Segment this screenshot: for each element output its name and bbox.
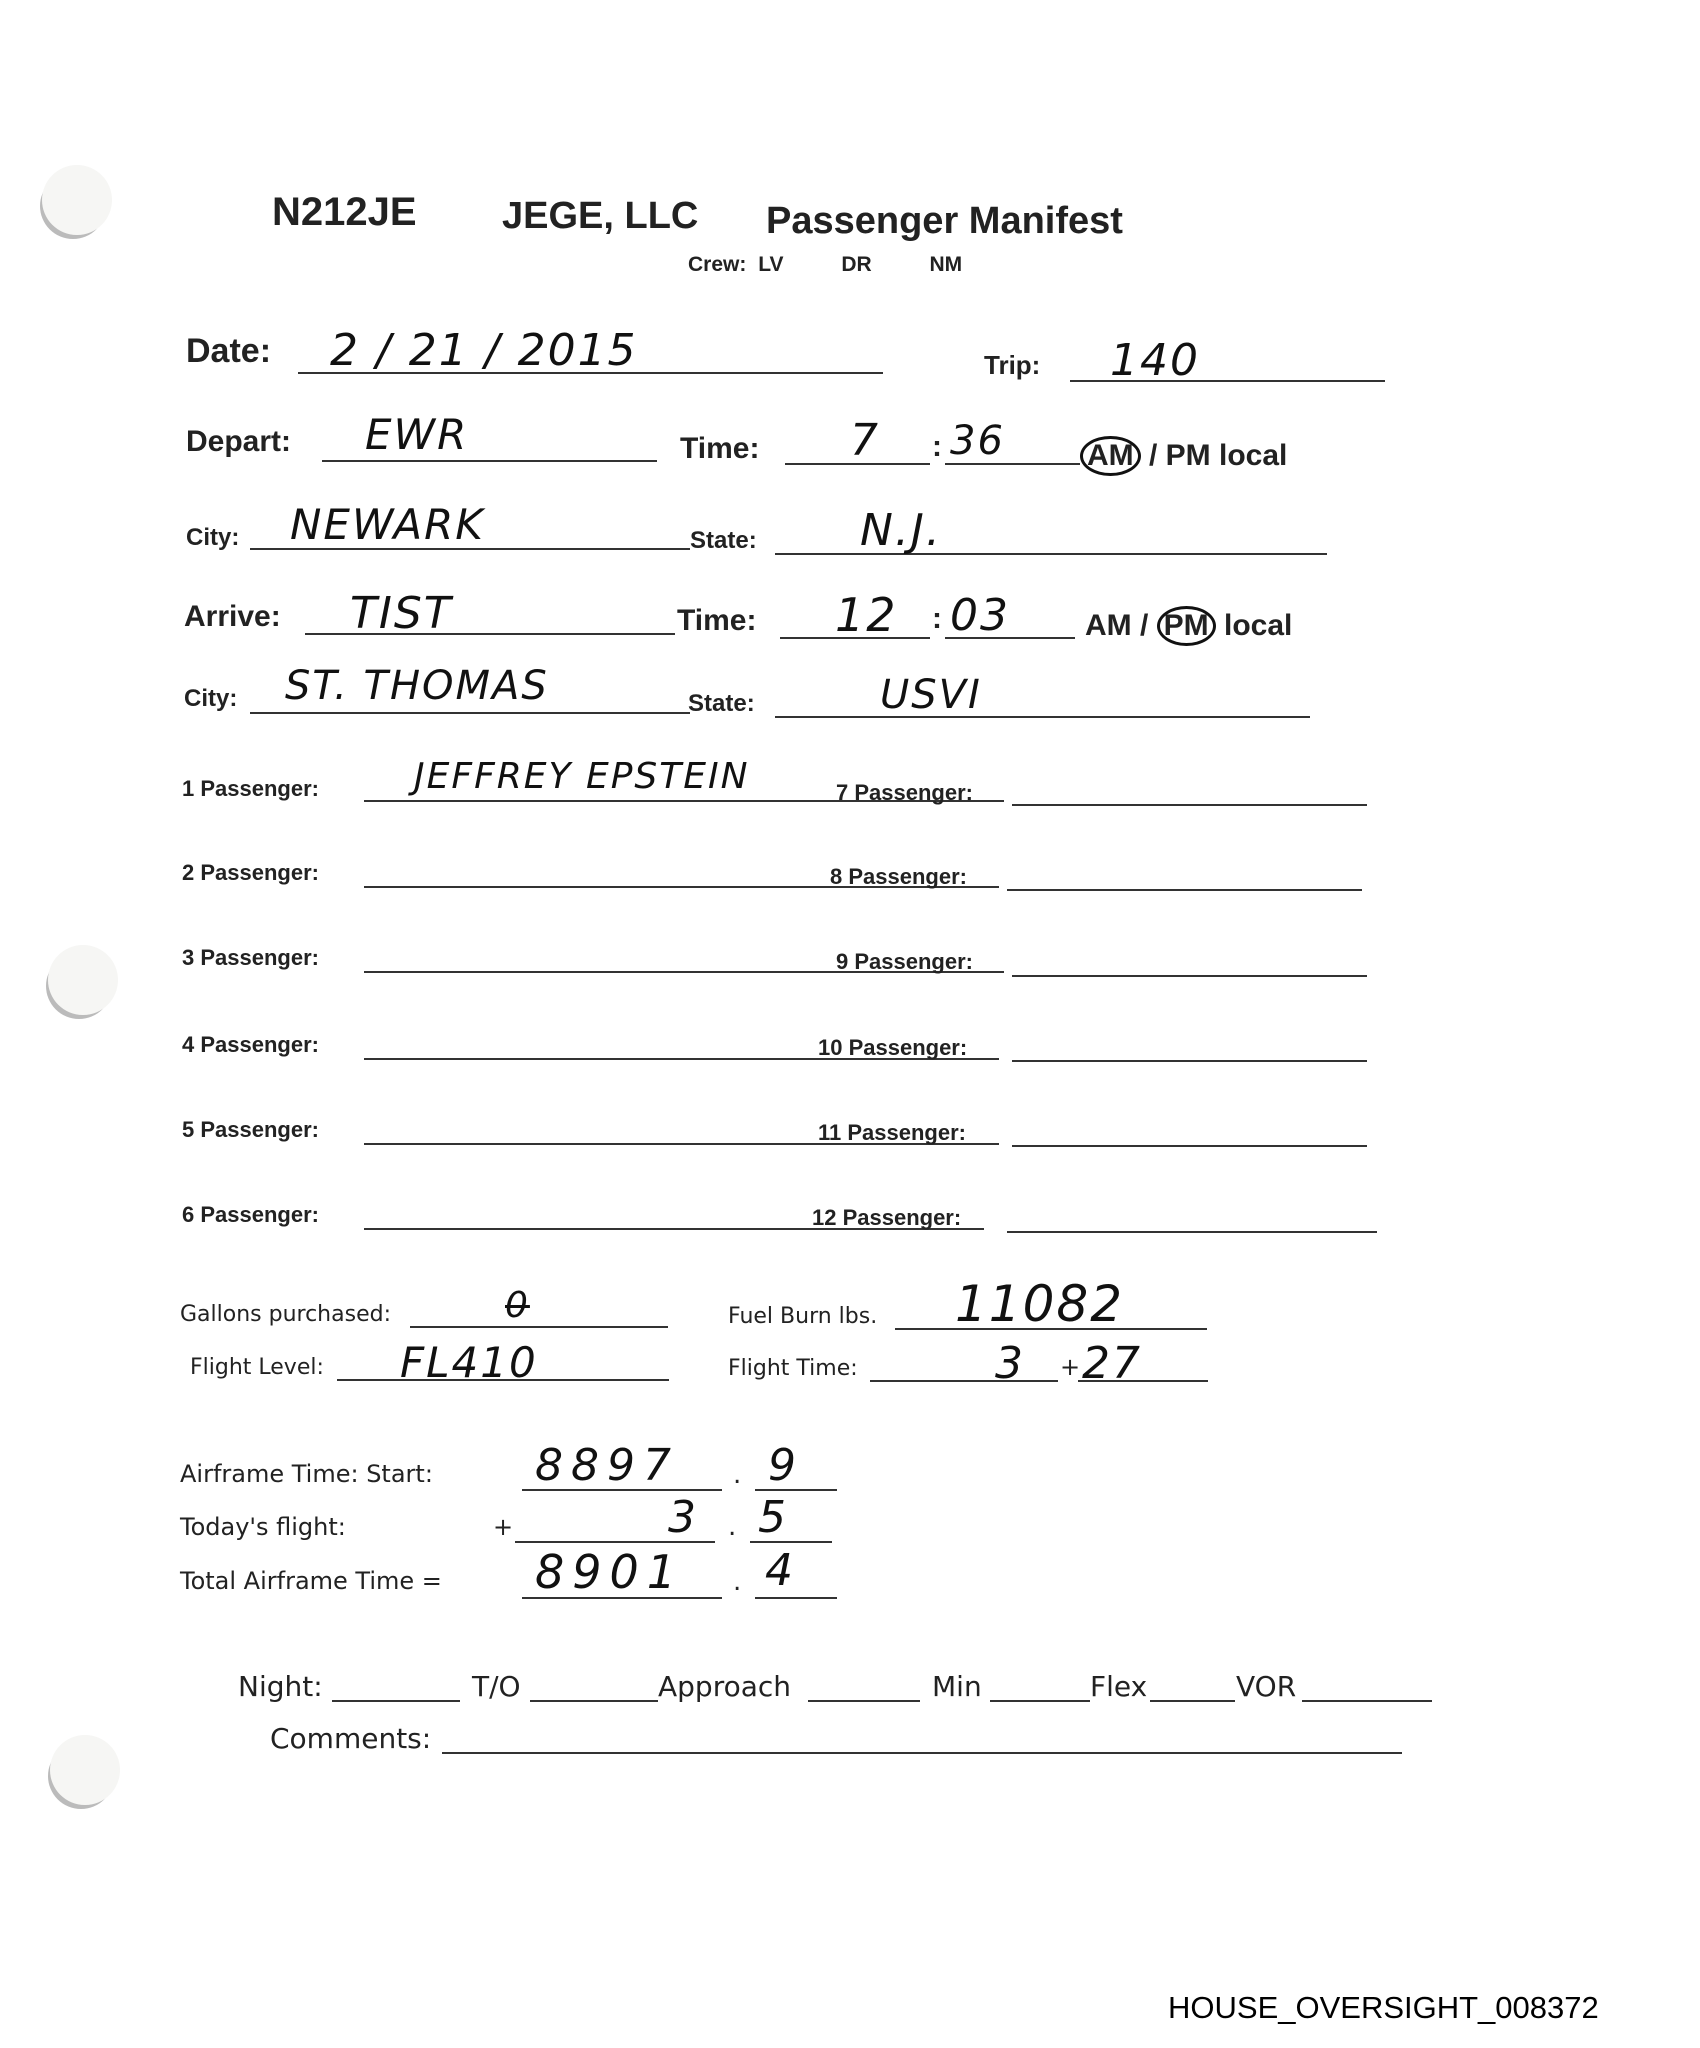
company-name: JEGE, LLC xyxy=(502,195,698,238)
depart-value[interactable]: EWR xyxy=(365,410,468,459)
passenger-label: 4 Passenger: xyxy=(182,1032,319,1058)
depart-time-label: Time: xyxy=(680,432,759,466)
flight-time-minutes[interactable]: 27 xyxy=(1082,1338,1142,1389)
date-value[interactable]: 2 / 21 / 2015 xyxy=(330,325,638,376)
depart-time-hour[interactable]: 7 xyxy=(850,415,880,466)
passenger-label: 5 Passenger: xyxy=(182,1117,319,1143)
arrive-city-label: City: xyxy=(184,685,237,713)
min-label: Min xyxy=(932,1670,982,1703)
flight-level-label: Flight Level: xyxy=(190,1355,324,1380)
passenger-label: 12 Passenger: xyxy=(812,1205,961,1231)
depart-label: Depart: xyxy=(186,425,291,459)
passenger-12-field[interactable] xyxy=(1007,1231,1377,1233)
local-text: local xyxy=(1224,609,1292,642)
pm-selected[interactable]: PM xyxy=(1157,606,1216,646)
passenger-label: 3 Passenger: xyxy=(182,945,319,971)
depart-state-value[interactable]: N.J. xyxy=(860,505,942,556)
arrive-city-value[interactable]: ST. THOMAS xyxy=(285,663,549,709)
bates-stamp: HOUSE_OVERSIGHT_008372 xyxy=(1168,1990,1599,2026)
night-field[interactable] xyxy=(332,1700,460,1702)
date-label: Date: xyxy=(186,332,271,371)
total-airframe-tenth[interactable]: 4 xyxy=(765,1545,795,1596)
flight-level-value[interactable]: FL410 xyxy=(400,1338,538,1387)
flex-field[interactable] xyxy=(1150,1700,1235,1702)
passenger-label: 10 Passenger: xyxy=(818,1035,967,1061)
am-selected[interactable]: AM xyxy=(1080,436,1141,476)
total-airframe-whole[interactable]: 8901 xyxy=(535,1545,684,1599)
flight-time-label: Flight Time: xyxy=(728,1356,858,1381)
hole-punch-bottom xyxy=(50,1735,120,1805)
passenger-7-field[interactable] xyxy=(1012,804,1367,806)
depart-ampm: AM / PM local xyxy=(1080,436,1287,476)
arrive-state-label: State: xyxy=(688,690,755,718)
todays-flight-whole[interactable]: 3 xyxy=(668,1492,698,1543)
passenger-label: 9 Passenger: xyxy=(836,949,973,975)
to-field[interactable] xyxy=(530,1700,658,1702)
trip-label: Trip: xyxy=(984,350,1040,381)
arrive-time-hour[interactable]: 12 xyxy=(835,588,898,642)
arrive-state-value[interactable]: USVI xyxy=(880,672,982,718)
pm-local-text: / PM local xyxy=(1149,439,1287,472)
airframe-start-whole[interactable]: 8897 xyxy=(535,1440,679,1491)
page-title: Passenger Manifest xyxy=(766,200,1123,243)
passenger-label: 7 Passenger: xyxy=(836,780,973,806)
hole-punch-middle xyxy=(48,945,118,1015)
depart-time-minutes[interactable]: 36 xyxy=(950,418,1005,464)
time-colon: : xyxy=(932,602,942,636)
crew-label: Crew: xyxy=(688,253,746,276)
passenger-label: 6 Passenger: xyxy=(182,1202,319,1228)
crew-member: NM xyxy=(930,253,963,276)
passenger-label: 11 Passenger: xyxy=(818,1120,966,1146)
time-colon: : xyxy=(932,430,942,464)
to-label: T/O xyxy=(472,1670,521,1703)
trip-value[interactable]: 140 xyxy=(1110,335,1200,386)
decimal-dot: . xyxy=(733,1567,741,1597)
fuel-burn-value[interactable]: 11082 xyxy=(955,1275,1124,1333)
flex-label: Flex xyxy=(1090,1670,1147,1703)
night-label: Night: xyxy=(238,1670,323,1703)
airframe-start-label: Airframe Time: Start: xyxy=(180,1460,433,1488)
decimal-dot: . xyxy=(733,1460,741,1490)
am-text: AM / xyxy=(1085,609,1148,642)
tail-number: N212JE xyxy=(272,190,417,235)
depart-state-label: State: xyxy=(690,527,757,555)
fuel-burn-label: Fuel Burn lbs. xyxy=(728,1304,877,1329)
gallons-value[interactable]: 0 xyxy=(505,1285,530,1326)
passenger-label: 1 Passenger: xyxy=(182,776,319,802)
arrive-time-label: Time: xyxy=(677,604,756,638)
crew-member: DR xyxy=(841,253,871,276)
hole-punch-top xyxy=(42,165,112,235)
arrive-ampm: AM / PM local xyxy=(1085,606,1292,646)
total-airframe-label: Total Airframe Time = xyxy=(180,1567,442,1595)
vor-field[interactable] xyxy=(1302,1700,1432,1702)
crew-row: Crew: LV DR NM xyxy=(688,253,962,277)
gallons-label: Gallons purchased: xyxy=(180,1302,391,1327)
depart-city-label: City: xyxy=(186,524,239,552)
passenger-9-field[interactable] xyxy=(1012,975,1367,977)
arrive-value[interactable]: TIST xyxy=(350,588,453,639)
comments-field[interactable] xyxy=(442,1752,1402,1754)
arrive-time-minutes[interactable]: 03 xyxy=(950,590,1010,641)
flight-time-plus: + xyxy=(1060,1353,1080,1381)
min-field[interactable] xyxy=(990,1700,1090,1702)
todays-flight-plus: + xyxy=(493,1513,513,1541)
todays-flight-tenth[interactable]: 5 xyxy=(758,1492,788,1543)
vor-label: VOR xyxy=(1236,1670,1296,1703)
passenger-label: 8 Passenger: xyxy=(830,864,967,890)
arrive-label: Arrive: xyxy=(184,600,281,634)
crew-member: LV xyxy=(758,253,783,276)
airframe-start-tenth[interactable]: 9 xyxy=(768,1440,798,1491)
comments-label: Comments: xyxy=(270,1722,431,1755)
passenger-10-field[interactable] xyxy=(1012,1060,1367,1062)
passenger-8-field[interactable] xyxy=(1007,889,1362,891)
flight-time-hours[interactable]: 3 xyxy=(995,1338,1025,1389)
approach-field[interactable] xyxy=(808,1700,920,1702)
todays-flight-label: Today's flight: xyxy=(180,1513,346,1541)
passenger-11-field[interactable] xyxy=(1012,1145,1367,1147)
approach-label: Approach xyxy=(658,1670,791,1703)
decimal-dot: . xyxy=(728,1512,736,1542)
passenger-1-value[interactable]: JEFFREY EPSTEIN xyxy=(414,756,750,797)
passenger-label: 2 Passenger: xyxy=(182,860,319,886)
depart-city-value[interactable]: NEWARK xyxy=(290,500,485,549)
